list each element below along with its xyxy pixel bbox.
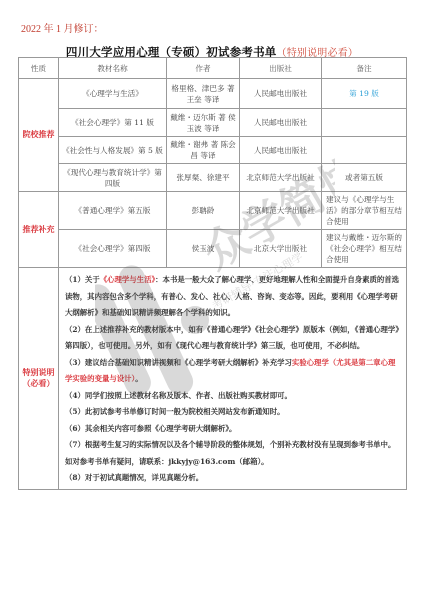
book-publisher: 北京师范大学出版社 [240,192,322,230]
book-title: 《心理学与生活》 [59,79,167,109]
table-row: 《现代心理与教育统计学》第四版 张厚粲、徐建平 北京师范大学出版社 或者第五版 [19,164,407,192]
book-note: 或者第五版 [322,164,407,192]
book-author: 戴维・迈尔斯 著 侯玉波 等译 [167,109,240,137]
note-item-8: （8）对于初试真题情况，详见真题分析。 [65,470,402,487]
book-author: 格里格、津巴多 著 王垒 等译 [167,79,240,109]
note-item-7: （7）根据考生复习的实际情况以及各个辅导阶段的整体规划，个别补充教材没有呈现到参… [65,437,402,470]
book-note [322,109,407,137]
column-header: 教材名称 [59,58,167,79]
book-note [322,137,407,164]
note-item-1: （1）关于《心理学与生活》：本书是一般大众了解心理学、更好地理解人性和全面提升自… [65,272,402,322]
special-notes-row: 特别说明 （必看） （1）关于《心理学与生活》：本书是一般大众了解心理学、更好地… [19,268,407,490]
special-notes-content: （1）关于《心理学与生活》：本书是一般大众了解心理学、更好地理解人性和全面提升自… [59,268,407,490]
book-title: 《社会心理学》第四版 [59,230,167,268]
column-header: 性质 [19,58,59,79]
table-row: 《社会心理学》第四版 侯玉波 北京大学出版社 建议与戴维・迈尔斯的《社会心理学》… [19,230,407,268]
special-label-sub: （必看） [23,378,55,388]
book-publisher: 人民邮电出版社 [240,137,322,164]
note-item-3: （3）建议结合基础知识精讲视频和《心理学考研大纲解析》补充学习实验心理学（尤其是… [65,355,402,388]
book-title: 《普通心理学》第五版 [59,192,167,230]
table-row: 《社会性与人格发展》第 5 版 戴维・谢弗 著 陈会昌 等译 人民邮电出版社 [19,137,407,164]
book-title: 《社会心理学》第 11 版 [59,109,167,137]
book-author: 彭聃龄 [167,192,240,230]
book-title: 《现代心理与教育统计学》第四版 [59,164,167,192]
book-publisher: 北京师范大学出版社 [240,164,322,192]
book-author: 戴维・谢弗 著 陈会昌 等译 [167,137,240,164]
book-publisher: 北京大学出版社 [240,230,322,268]
book-note: 建议与戴维・迈尔斯的《社会心理学》相互结合使用 [322,230,407,268]
booklist-table: 性质 教材名称 作者 出版社 备注 院校推荐 《心理学与生活》 格里格、津巴多 … [18,57,407,490]
revision-date: 2022 年 1 月修订： [21,20,104,35]
book-author: 侯玉波 [167,230,240,268]
column-header: 作者 [167,58,240,79]
special-label: 特别说明 [23,367,55,377]
table-row: 院校推荐 《心理学与生活》 格里格、津巴多 著 王垒 等译 人民邮电出版社 第 … [19,79,407,109]
note-item-6: （6）其余相关内容可参照《心理学考研大纲解析》。 [65,421,402,438]
category-supplementary: 推荐补充 [19,192,59,268]
column-header: 出版社 [240,58,322,79]
table-row: 《社会心理学》第 11 版 戴维・迈尔斯 著 侯玉波 等译 人民邮电出版社 [19,109,407,137]
category-special-notes: 特别说明 （必看） [19,268,59,490]
table-row: 推荐补充 《普通心理学》第五版 彭聃龄 北京师范大学出版社 建议与《心理学与生活… [19,192,407,230]
book-author: 张厚粲、徐建平 [167,164,240,192]
book-note: 第 19 版 [322,79,407,109]
book-publisher: 人民邮电出版社 [240,109,322,137]
book-title: 《社会性与人格发展》第 5 版 [59,137,167,164]
column-header: 备注 [322,58,407,79]
category-school-recommended: 院校推荐 [19,79,59,192]
note-item-2: （2）在上述推荐补充的教材版本中，如有《普通心理学》《社会心理学》原版本（例如，… [65,322,402,355]
note-item-5: （5）此初试参考书单修订时间一般为院校相关网站发布新通知时。 [65,404,402,421]
book-publisher: 人民邮电出版社 [240,79,322,109]
note-item-4: （4）同学们按照上述教材名称及版本、作者、出版社购买教材即可。 [65,388,402,405]
book-note: 建议与《心理学与生活》的部分章节相互结合使用 [322,192,407,230]
table-header-row: 性质 教材名称 作者 出版社 备注 [19,58,407,79]
